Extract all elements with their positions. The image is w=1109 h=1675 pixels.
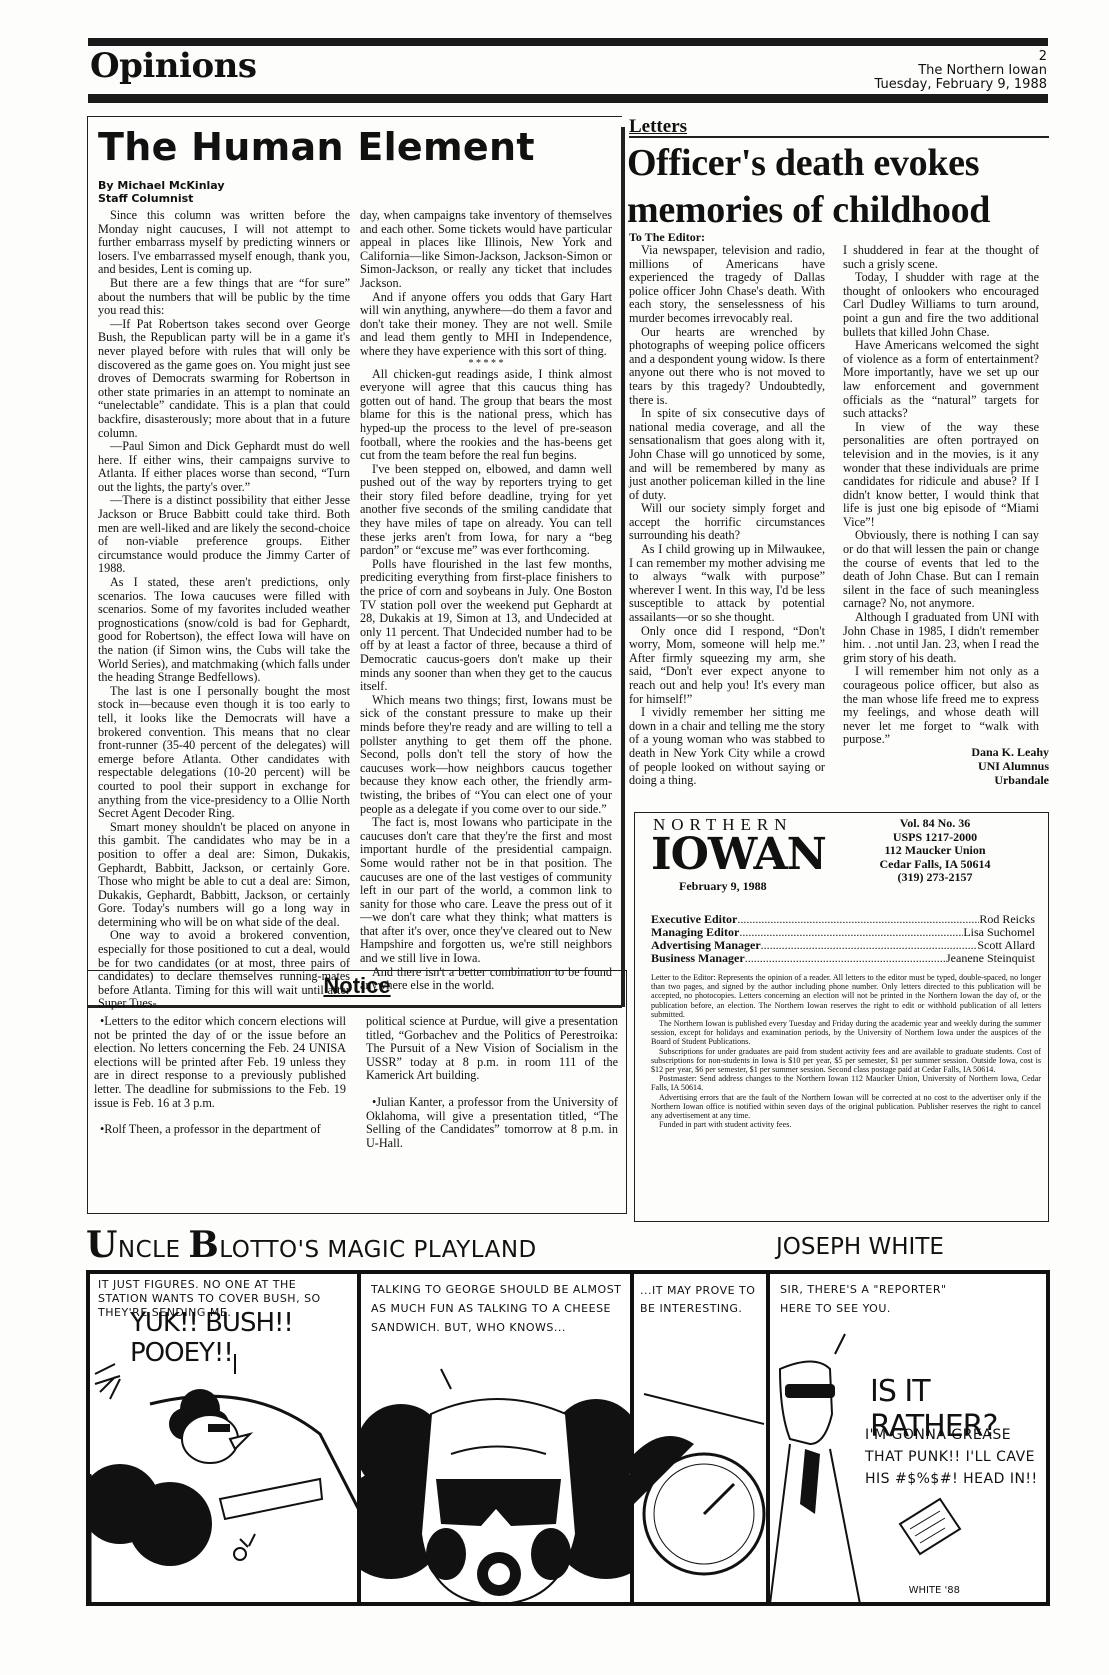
paragraph: Have Americans welcomed the sight of vio… bbox=[843, 339, 1039, 421]
aide-with-clipboard-illustration bbox=[770, 1274, 1046, 1602]
staff-list: Executive EditorRod Reicks Managing Edit… bbox=[651, 913, 1035, 965]
comic-author: JOSEPH WHITE bbox=[776, 1234, 944, 1260]
letter-text-left: Via newspaper, television and radio, mil… bbox=[629, 244, 825, 788]
volume: Vol. 84 No. 36 bbox=[835, 817, 1035, 831]
paragraph: The fact is, most Iowans who participate… bbox=[360, 816, 612, 966]
letter-text-right: I shuddered in fear at the thought of su… bbox=[843, 244, 1039, 747]
column-headline: The Human Element bbox=[98, 125, 535, 169]
column-article: The Human Element By Michael McKinlay St… bbox=[87, 116, 622, 1008]
notice-item: •Rolf Theen, a professor in the departme… bbox=[94, 1123, 346, 1137]
comic-panel-1: It just figures. No one at the station w… bbox=[90, 1274, 361, 1602]
page-number: 2 bbox=[874, 50, 1047, 64]
policy-paragraph: Funded in part with student activity fee… bbox=[651, 1120, 1041, 1129]
comic-strip: It just figures. No one at the station w… bbox=[86, 1270, 1050, 1606]
signer-name: Dana K. Leahy bbox=[971, 745, 1049, 759]
notice-item: •Julian Kanter, a professor from the Uni… bbox=[366, 1096, 618, 1150]
paragraph: Although I graduated from UNI with John … bbox=[843, 611, 1039, 665]
paragraph: But there are a few things that are “for… bbox=[98, 277, 350, 318]
paragraph: The last is one I personally bought the … bbox=[98, 685, 350, 821]
comic-panel-2: Talking to George should be almost as mu… bbox=[361, 1274, 634, 1602]
column-text-right: day, when campaigns take inventory of th… bbox=[360, 209, 612, 993]
paragraph: Only once did I respond, “Don't worry, M… bbox=[629, 625, 825, 707]
nameplate-date: February 9, 1988 bbox=[679, 879, 767, 894]
page-info: 2 The Northern Iowan Tuesday, February 9… bbox=[874, 50, 1047, 92]
policy-paragraph: Advertising errors that are the fault of… bbox=[651, 1093, 1041, 1121]
paragraph: —There is a distinct possibility that ei… bbox=[98, 494, 350, 576]
address-line-1: 112 Maucker Union bbox=[835, 844, 1035, 858]
address-line-2: Cedar Falls, IA 50614 bbox=[835, 858, 1035, 872]
notice-box: Notice •Letters to the editor which conc… bbox=[87, 970, 627, 1214]
paragraph: Since this column was written before the… bbox=[98, 209, 350, 277]
publication-name: The Northern Iowan bbox=[874, 64, 1047, 78]
author-name: By Michael McKinlay bbox=[98, 179, 225, 192]
paragraph: —Paul Simon and Dick Gephardt must do we… bbox=[98, 440, 350, 494]
paragraph: And if anyone offers you odds that Gary … bbox=[360, 291, 612, 359]
paragraph: As I child growing up in Milwaukee, I ca… bbox=[629, 543, 825, 625]
bush-face-illustration bbox=[361, 1274, 634, 1602]
paragraph: In spite of six consecutive days of nati… bbox=[629, 407, 825, 502]
letters-section-label: Letters bbox=[629, 116, 687, 138]
paragraph: —If Pat Robertson takes second over Geor… bbox=[98, 318, 350, 440]
comic-panel-4: Sir, there's a "reporter" here to see yo… bbox=[770, 1274, 1046, 1602]
issue-date: Tuesday, February 9, 1988 bbox=[874, 78, 1047, 92]
paragraph: Smart money shouldn't be placed on anyon… bbox=[98, 821, 350, 930]
staff-row: Business ManagerJeanene Steinquist bbox=[651, 952, 1035, 965]
publication-info: Vol. 84 No. 36 USPS 1217-2000 112 Maucke… bbox=[835, 817, 1035, 885]
notice-item: •Letters to the editor which concern ele… bbox=[94, 1015, 346, 1110]
nameplate-iowan: IOWAN bbox=[651, 829, 826, 880]
column-shadow-edge bbox=[621, 127, 625, 1007]
comic-panel-3: ...it may prove to be interesting. bbox=[634, 1274, 770, 1602]
header-rule-bottom bbox=[88, 94, 1048, 103]
paragraph: day, when campaigns take inventory of th… bbox=[360, 209, 612, 291]
paragraph: I vividly remember her sitting me down i… bbox=[629, 706, 825, 788]
letter-headline: Officer's death evokes memories of child… bbox=[627, 140, 1057, 234]
notice-item: political science at Purdue, will give a… bbox=[366, 1015, 618, 1083]
policy-paragraph: Postmaster: Send address changes to the … bbox=[651, 1074, 1041, 1092]
notice-text-right: political science at Purdue, will give a… bbox=[366, 1015, 618, 1163]
letter-signature: Dana K. Leahy UNI Alumnus Urbandale bbox=[971, 745, 1049, 787]
paragraph: Today, I shudder with rage at the though… bbox=[843, 271, 1039, 339]
byline: By Michael McKinlay Staff Columnist bbox=[98, 179, 225, 205]
paragraph: I will remember him not only as a courag… bbox=[843, 665, 1039, 747]
car-speedometer-illustration bbox=[634, 1274, 770, 1602]
notice-text-left: •Letters to the editor which concern ele… bbox=[94, 1015, 346, 1150]
paragraph: In view of the way these personalities a… bbox=[843, 421, 1039, 530]
reporter-in-car-illustration bbox=[90, 1274, 361, 1602]
masthead-box: NORTHERN IOWAN February 9, 1988 Vol. 84 … bbox=[634, 812, 1049, 1222]
signer-title: UNI Alumnus bbox=[971, 759, 1049, 773]
policy-paragraph: Letter to the Editor: Represents the opi… bbox=[651, 973, 1041, 1019]
paragraph: Polls have flourished in the last few mo… bbox=[360, 558, 612, 694]
artist-signature: WHITE '88 bbox=[909, 1585, 960, 1596]
paragraph: All chicken-gut readings aside, I think … bbox=[360, 368, 612, 463]
paragraph: Via newspaper, television and radio, mil… bbox=[629, 244, 825, 326]
policy-paragraph: The Northern Iowan is published every Tu… bbox=[651, 1019, 1041, 1047]
letters-rule bbox=[629, 136, 1049, 138]
header-rule-top bbox=[88, 38, 1048, 46]
column-text-left: Since this column was written before the… bbox=[98, 209, 350, 1011]
comic-title: UNCLE BLOTTO'S MAGIC PLAYLAND bbox=[86, 1224, 537, 1266]
author-role: Staff Columnist bbox=[98, 192, 225, 205]
paragraph: I've been stepped on, elbowed, and damn … bbox=[360, 463, 612, 558]
section-title: Opinions bbox=[90, 46, 256, 86]
paragraph: I shuddered in fear at the thought of su… bbox=[843, 244, 1039, 271]
phone-number: (319) 273-2157 bbox=[835, 871, 1035, 885]
fine-print: Letter to the Editor: Represents the opi… bbox=[651, 973, 1041, 1129]
paragraph: Will our society simply forget and accep… bbox=[629, 502, 825, 543]
policy-paragraph: Subscriptions for under graduates are pa… bbox=[651, 1047, 1041, 1075]
usps-number: USPS 1217-2000 bbox=[835, 831, 1035, 845]
paragraph: Obviously, there is nothing I can say or… bbox=[843, 529, 1039, 611]
paragraph: Our hearts are wrenched by photographs o… bbox=[629, 326, 825, 408]
notice-title: Notice bbox=[88, 973, 626, 999]
paragraph: Which means two things; first, Iowans mu… bbox=[360, 694, 612, 816]
paragraph: As I stated, these aren't predictions, o… bbox=[98, 576, 350, 685]
signer-city: Urbandale bbox=[971, 773, 1049, 787]
